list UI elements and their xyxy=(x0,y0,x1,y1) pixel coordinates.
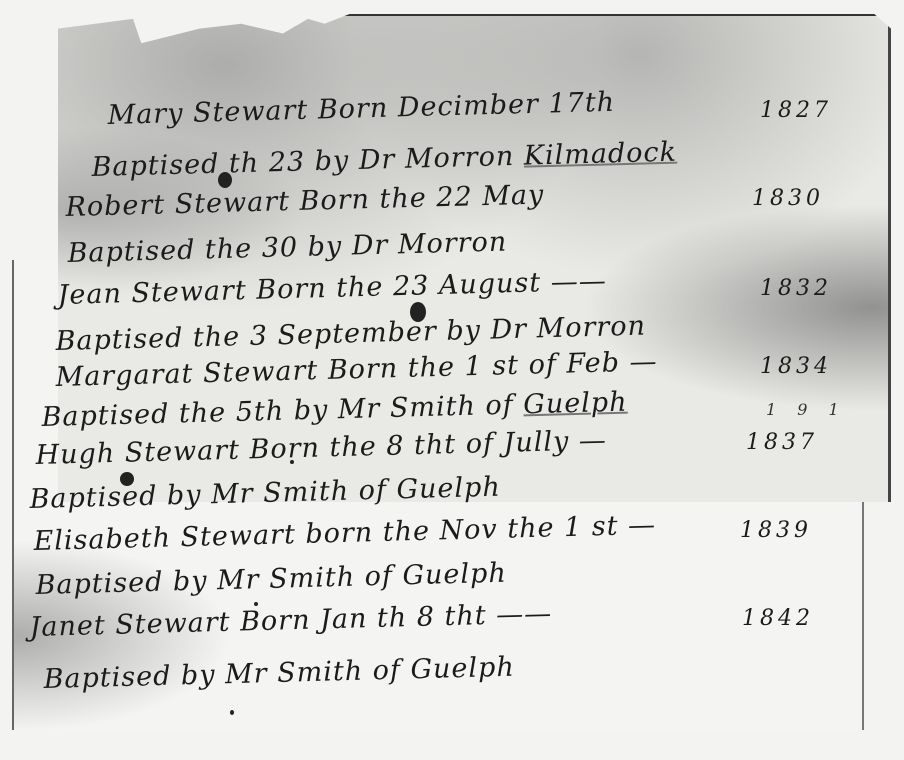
entry-baptism-line: Baptised by Mr Smith of Guelph xyxy=(35,558,507,601)
entry-birth-line: Jean Stewart Born the 23 August —— xyxy=(57,266,607,311)
entry-birth-line: Robert Stewart Born the 22 May xyxy=(65,179,544,223)
entry-baptism-line: Baptised the 30 by Dr Morron xyxy=(67,226,507,269)
entry-birth-line: Hugh Stewart Born the 8 tht of Jully — xyxy=(35,425,607,471)
handwritten-text: Mary Stewart Born Decimber 17th 1827 Bap… xyxy=(0,0,904,760)
entry-birth-line: Elisabeth Stewart born the Nov the 1 st … xyxy=(33,510,656,557)
margin-annotation: 1 9 1 xyxy=(766,400,847,419)
entry-birth-line: Mary Stewart Born Decimber 17th xyxy=(107,87,615,131)
entry-year: 1832 xyxy=(760,276,832,301)
entry-year: 1834 xyxy=(760,354,832,379)
entry-baptism-line: Baptised by Mr Smith of Guelph xyxy=(43,652,515,695)
baptism-text: Baptised the 5th by Mr Smith of xyxy=(41,389,524,433)
baptism-text: Baptised th 23 by Dr Morron xyxy=(91,141,524,183)
entry-year: 1830 xyxy=(752,186,824,211)
entry-birth-line: Janet Stewart Born Jan th 8 tht —— xyxy=(29,598,552,643)
entry-baptism-line: Baptised by Mr Smith of Guelph xyxy=(29,472,501,515)
entry-year: 1842 xyxy=(742,606,814,631)
entry-baptism-line: Baptised th 23 by Dr Morron Kilmadock xyxy=(91,137,677,183)
entry-year: 1839 xyxy=(740,518,812,543)
baptism-place: Kilmadock xyxy=(523,137,677,172)
baptism-place: Guelph xyxy=(523,387,628,421)
entry-year: 1837 xyxy=(746,430,818,455)
scanned-page: Mary Stewart Born Decimber 17th 1827 Bap… xyxy=(0,0,904,760)
entry-year: 1827 xyxy=(760,98,832,123)
